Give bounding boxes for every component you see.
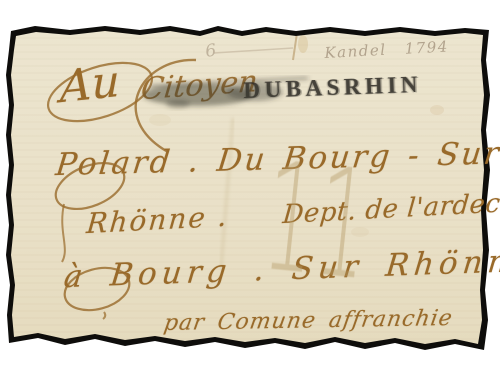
fold-crease	[221, 118, 233, 268]
flourish-polard-tail	[62, 204, 65, 262]
postal-cover-photo: 6 Kandel 1794 Au Citoyen Polard . Du Bou…	[0, 0, 500, 375]
rate-mark: 11	[257, 146, 376, 299]
address-line-town: Rhönne .	[85, 200, 230, 241]
address-line-salutation: Au	[60, 56, 120, 114]
pencil-annotation: Kandel 1794	[324, 37, 449, 61]
address-line-franking: par Comune affranchie	[162, 306, 455, 336]
address-line-citoyen: Citoyen	[139, 64, 259, 107]
flourish-a-dot	[103, 312, 105, 319]
straight-line-postmark: DUBASRHIN	[243, 72, 422, 104]
stain	[298, 35, 308, 53]
pencil-line	[214, 48, 293, 53]
stain	[430, 105, 444, 115]
ink-stroke	[293, 33, 297, 60]
stain	[149, 114, 171, 126]
pencil-mark: 6	[204, 40, 219, 62]
